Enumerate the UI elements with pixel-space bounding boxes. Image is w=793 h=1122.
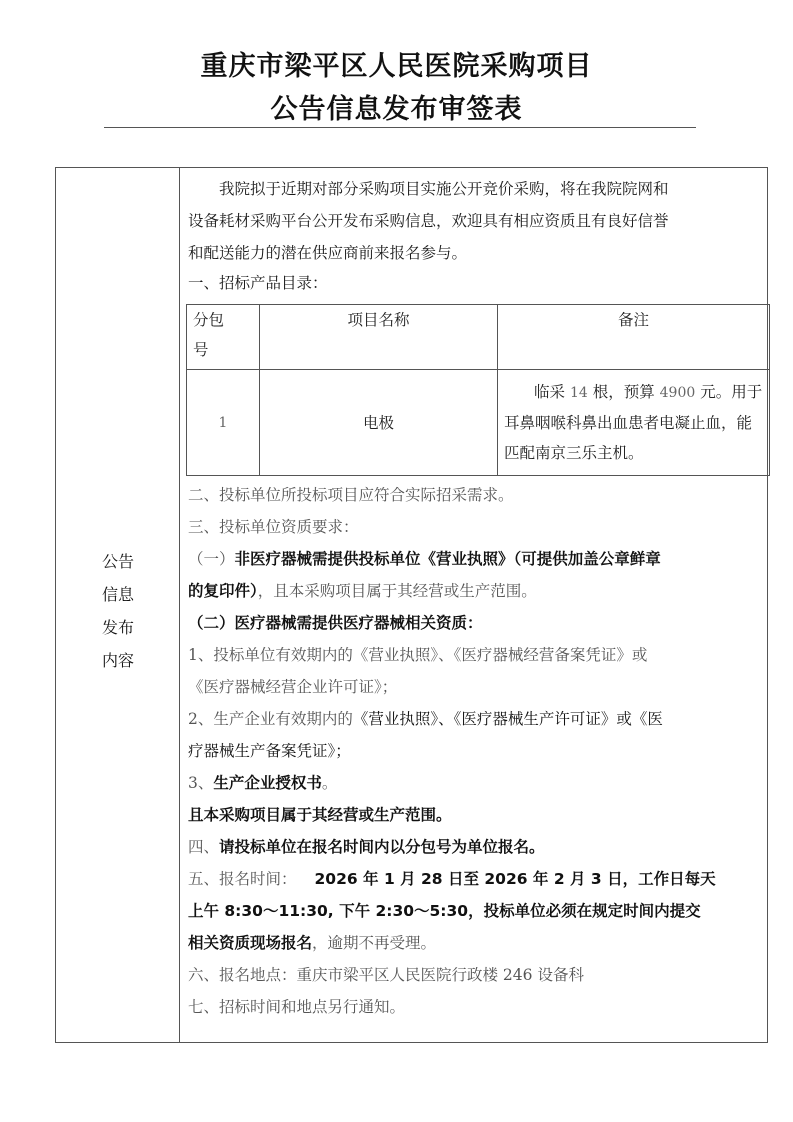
section3-1-line2: 的复印件），且本采购项目属于其经营或生产范围。 — [188, 576, 763, 606]
cell-item-name: 电极 — [260, 370, 498, 476]
s3-1-line2-bold: 的复印件） — [188, 582, 258, 600]
section5-line3-bold: 相关资质现场报名 — [188, 934, 312, 952]
table-row: 1 电极 临采 14 根，预算 4900 元。用于耳鼻咽喉科鼻出血患者电凝止血，… — [187, 370, 770, 476]
header-notes: 备注 — [498, 305, 770, 370]
section4-bold: 请投标单位在报名时间内以分包号为单位报名。 — [219, 838, 545, 856]
title-divider — [104, 127, 696, 128]
s3-1-prefix: （一） — [188, 550, 235, 568]
section3-title: 三、投标单位资质要求： — [188, 512, 763, 542]
section3-1-line1: （一）非医疗器械需提供投标单位《营业执照》（可提供加盖公章鲜章 — [188, 544, 763, 574]
header-package-no: 分包 号 — [187, 305, 260, 370]
item1-line1: 1、投标单位有效期内的《营业执照》、《医疗器械经营备案凭证》或 — [188, 640, 763, 670]
section5-line3: 相关资质现场报名，逾期不再受理。 — [188, 928, 763, 958]
document-title-line1: 重庆市梁平区人民医院采购项目 — [0, 44, 793, 83]
s3-1-line2-rest: ，且本采购项目属于其经营或生产范围。 — [258, 582, 537, 600]
section1-title: 一、招标产品目录： — [188, 268, 763, 298]
document-title-line2: 公告信息发布审签表 — [0, 87, 793, 126]
section6-line: 六、报名地点：重庆市梁平区人民医院行政楼 246 设备科 — [188, 960, 763, 990]
item2-prefix: 2、生产企业有效期内的 — [188, 710, 353, 728]
cell-package-no: 1 — [187, 370, 260, 476]
intro-line: 和配送能力的潜在供应商前来报名参与。 — [188, 238, 763, 268]
scope-line: 且本采购项目属于其经营或生产范围。 — [188, 800, 763, 830]
requirements-content: 二、投标单位所投标项目应符合实际招采需求。 三、投标单位资质要求： （一）非医疗… — [188, 480, 763, 1022]
section2-text: 二、投标单位所投标项目应符合实际招采需求。 — [188, 480, 763, 510]
section4-line: 四、请投标单位在报名时间内以分包号为单位报名。 — [188, 832, 763, 862]
item1-line2: 《医疗器械经营企业许可证》； — [188, 672, 763, 702]
item3-suffix: 。 — [322, 774, 338, 792]
intro-line: 设备耗材采购平台公开发布采购信息，欢迎具有相应资质且有良好信誉 — [188, 206, 763, 236]
left-label-line: 公告 — [56, 545, 180, 578]
left-label: 公告 信息 发布 内容 — [56, 545, 180, 677]
item3-bold: 生产企业授权书 — [213, 774, 322, 792]
left-label-line: 内容 — [56, 644, 180, 677]
section3-2-title: （二）医疗器械需提供医疗器械相关资质： — [188, 608, 763, 638]
header-pkg-line: 分包 — [193, 305, 253, 335]
left-label-cell: 公告 信息 发布 内容 — [56, 168, 180, 1042]
product-table: 分包 号 项目名称 备注 1 电极 临采 14 根，预算 4900 元。用于耳鼻… — [186, 304, 770, 476]
section5-line2: 上午 8:30～11:30, 下午 2:30～5:30，投标单位必须在规定时间内… — [188, 896, 763, 926]
item3-line: 3、生产企业授权书。 — [188, 768, 763, 798]
header-item-name: 项目名称 — [260, 305, 498, 370]
left-label-line: 发布 — [56, 611, 180, 644]
header-pkg-line: 号 — [193, 335, 253, 365]
product-table-header-row: 分包 号 项目名称 备注 — [187, 305, 770, 370]
cell-notes: 临采 14 根，预算 4900 元。用于耳鼻咽喉科鼻出血患者电凝止血，能匹配南京… — [498, 370, 770, 476]
note-text: 临采 — [534, 383, 570, 401]
section7-line: 七、招标时间和地点另行通知。 — [188, 992, 763, 1022]
section5-dates: 2026 年 1 月 28 日至 2026 年 2 月 3 日，工作日每天 — [315, 870, 716, 888]
item2-line1: 2、生产企业有效期内的《营业执照》、《医疗器械生产许可证》或《医 — [188, 704, 763, 734]
note-text: 根，预算 — [588, 383, 660, 401]
section5-line1: 五、报名时间：2026 年 1 月 28 日至 2026 年 2 月 3 日，工… — [188, 864, 763, 894]
announcement-content: 我院拟于近期对部分采购项目实施公开竞价采购，将在我院院网和 设备耗材采购平台公开… — [188, 174, 763, 298]
note-budget: 4900 — [660, 385, 696, 401]
intro-line: 我院拟于近期对部分采购项目实施公开竞价采购，将在我院院网和 — [188, 174, 763, 204]
s3-1-bold: 非医疗器械需提供投标单位《营业执照》（可提供加盖公章鲜章 — [235, 550, 661, 568]
section5-prefix: 五、报名时间： — [188, 870, 297, 888]
section5-line3-rest: ，逾期不再受理。 — [312, 934, 436, 952]
item3-prefix: 3、 — [188, 774, 213, 792]
item2-docs: 《营业执照》、《医疗器械生产许可证》或《医 — [353, 710, 663, 728]
left-label-line: 信息 — [56, 578, 180, 611]
package-no: 1 — [219, 415, 228, 431]
item2-line2: 疗器械生产备案凭证》； — [188, 736, 763, 766]
note-quantity: 14 — [570, 385, 588, 401]
section4-prefix: 四、 — [188, 838, 219, 856]
